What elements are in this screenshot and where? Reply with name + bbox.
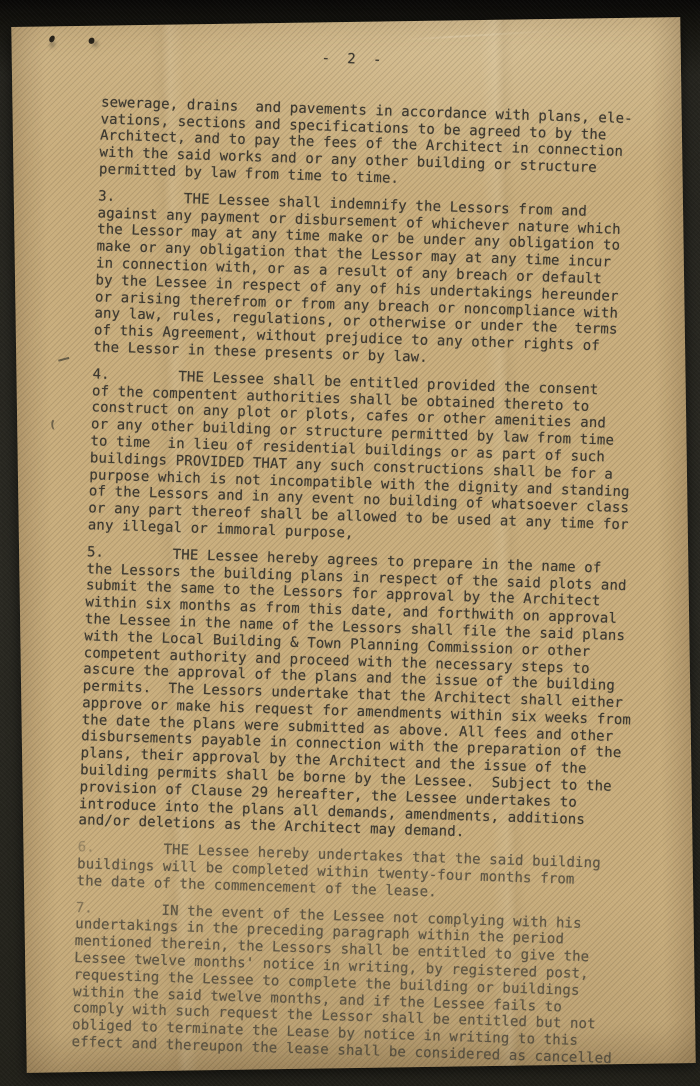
margin-curve-mark — [48, 420, 66, 437]
paragraph-text: sewerage, drains and pavements in accord… — [99, 94, 659, 195]
paragraph-6: 6. THE Lessee hereby undertakes that the… — [76, 839, 635, 907]
ink-speck — [49, 35, 56, 43]
paragraph-number: 5. — [87, 544, 105, 561]
paragraph-4: 4. THE Lessee shall be entitled provided… — [88, 366, 651, 551]
paragraph-number: 3. — [98, 188, 116, 205]
photo-backdrop: - 2 - sewerage, drains and pavements in … — [0, 0, 700, 1086]
typewritten-text-block: - 2 - sewerage, drains and pavements in … — [71, 43, 660, 1068]
paragraph-text: THE Lessee shall be entitled provided th… — [88, 366, 651, 551]
scratch-mark — [404, 29, 564, 40]
paragraph-number: 4. — [92, 366, 110, 383]
paragraph-5: 5. THE Lessee hereby agrees to prepare i… — [78, 544, 645, 847]
paragraph-text: IN the event of the Lessee not complying… — [71, 900, 633, 1069]
paragraph-text: THE Lessee shall indemnify the Lessors f… — [93, 188, 656, 373]
paragraph-7: 7. IN the event of the Lessee not comply… — [71, 900, 633, 1069]
paragraph-continuation: sewerage, drains and pavements in accord… — [99, 94, 659, 195]
paragraph-text: THE Lessee hereby agrees to prepare in t… — [78, 544, 645, 847]
paragraph-text: THE Lessee hereby undertakes that the sa… — [76, 839, 635, 907]
paragraph-3: 3. THE Lessee shall indemnify the Lessor… — [93, 188, 656, 373]
margin-dash-mark — [58, 357, 69, 362]
